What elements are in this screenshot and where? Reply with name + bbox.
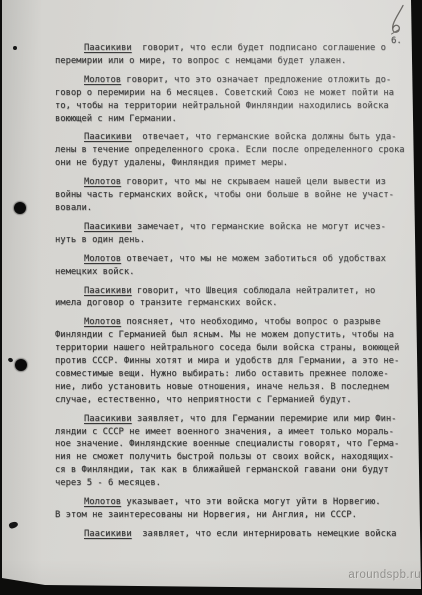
text-line: нуть в один день. (55, 234, 409, 247)
speaker-name: Паасикиви (84, 43, 132, 53)
text-line: Молотов отвечает, что мы не можем заботи… (55, 253, 409, 266)
text-line: случае, естественно, что неприятности с … (55, 394, 409, 407)
text-line: территории нашего нейтрального соседа бы… (55, 342, 409, 355)
speaker-name: Молотов (84, 177, 121, 187)
text-line: ние, либо установить новые отношения, ин… (55, 381, 409, 394)
speaker-name: Молотов (84, 254, 121, 264)
text-line: имела договор о транзите германских войс… (55, 297, 409, 310)
text-line: перемирии или о мире, то вопрос с немцам… (55, 55, 409, 68)
paragraph: Паасикиви заявляет, что если интернирова… (55, 528, 409, 541)
paragraph: Паасикиви отвечает, что германские войск… (55, 131, 409, 170)
speaker-name: Паасикиви (84, 414, 132, 424)
text-line: ся в Финляндии, так как в ближайшей герм… (55, 464, 409, 477)
speaker-name: Паасикиви (84, 132, 132, 142)
text-line: войны часть германских войск, чтобы они … (55, 189, 409, 202)
paragraph: Паасикиви говорит, что если будет подпис… (55, 42, 409, 68)
text-line: ное значение. Финляндские военные специа… (55, 438, 409, 451)
paragraph: Молотов отвечает, что мы не можем заботи… (55, 253, 409, 279)
handwritten-page-number-icon (387, 4, 409, 38)
scanned-page: 6. Паасикиви говорит, что если будет под… (0, 0, 422, 595)
text-line: Паасикиви замечает, что германские войск… (55, 221, 409, 234)
document-body: Паасикиви говорит, что если будет подпис… (55, 42, 409, 547)
speaker-name: Паасикиви (84, 529, 132, 539)
paper-sheet: 6. Паасикиви говорит, что если будет под… (0, 0, 422, 595)
paragraph: Паасикиви замечает, что германские войск… (55, 221, 409, 247)
paragraph: Молотов говорит, что это означает предло… (55, 74, 409, 126)
text-line: воюющей с ним Германии. (55, 113, 409, 126)
watermark: aroundspb.ru (348, 569, 421, 581)
speaker-name: Молотов (84, 497, 121, 507)
hole-punch-top (14, 202, 26, 214)
text-line: вовали. (55, 202, 409, 215)
text-line: В этом не заинтересованы ни Норвегия, ни… (55, 509, 409, 522)
text-line: Молотов говорит, что это означает предло… (55, 74, 409, 87)
text-line: ния не сможет получить быстрой пользы от… (55, 451, 409, 464)
speaker-name: Паасикиви (84, 222, 132, 232)
text-line: они не будут удалены, Финляндия примет м… (55, 157, 409, 170)
text-line: Паасикиви говорит, что если будет подпис… (55, 42, 409, 55)
text-line: Молотов указывает, что эти войска могут … (55, 496, 409, 509)
paragraph: Молотов указывает, что эти войска могут … (55, 496, 409, 522)
speaker-name: Паасикиви (84, 286, 132, 296)
paragraph: Молотов говорит, что мы не скрываем наше… (55, 176, 409, 215)
text-line: говор о перемирии на 6 месяцев. Советски… (55, 87, 409, 100)
text-line: Паасикиви заявляет, что если интернирова… (55, 528, 409, 541)
text-line: Паасикиви заявляет, что для Германии пер… (55, 413, 409, 426)
text-line: через 5 - 6 месяцев. (55, 477, 409, 490)
hole-punch-bottom (15, 359, 27, 371)
text-line: Молотов поясняет, что необходимо, чтобы … (55, 316, 409, 329)
ink-speck (13, 46, 17, 50)
text-line: немецких войск. (55, 266, 409, 279)
speaker-name: Молотов (84, 75, 121, 85)
text-line: совместимые вещи. Нужно выбирать: либо о… (55, 368, 409, 381)
text-line: Молотов говорит, что мы не скрываем наше… (55, 176, 409, 189)
text-line: лены в течение определенного срока. Если… (55, 144, 409, 157)
speaker-name: Молотов (84, 317, 121, 327)
paragraph: Молотов поясняет, что необходимо, чтобы … (55, 316, 409, 406)
text-line: то, чтобы на территории нейтральной Финл… (55, 100, 409, 113)
text-line: Паасикиви отвечает, что германские войск… (55, 131, 409, 144)
text-line: ляндии с СССР не имеет военного значения… (55, 426, 409, 439)
paragraph: Паасикиви говорит, что Швеция соблюдала … (55, 285, 409, 311)
text-line: Паасикиви говорит, что Швеция соблюдала … (55, 285, 409, 298)
text-line: против СССР. Финны хотят и мира и удобст… (55, 355, 409, 368)
paragraph: Паасикиви заявляет, что для Германии пер… (55, 413, 409, 490)
text-line: Финляндии с Германией был ясным. Мы не м… (55, 329, 409, 342)
